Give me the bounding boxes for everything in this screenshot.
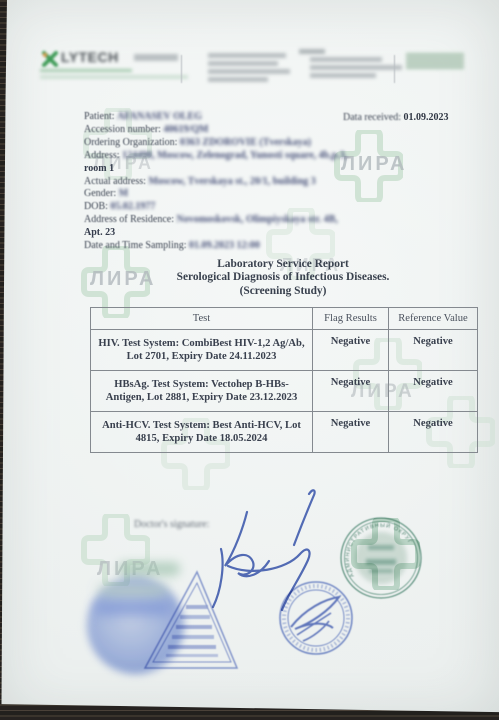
patient-info-block: Patient: AFANASEV OLEG Accession number:… [84, 111, 384, 253]
patient-value: 40619/QM [163, 124, 208, 135]
test-cell: HBsAg. Test System: Vectohep B-HBs-Antig… [91, 371, 313, 412]
table-row: Anti-HCV. Test System: Best Anti-HCV, Lo… [91, 412, 478, 453]
table-row: HBsAg. Test System: Vectohep B-HBs-Antig… [91, 371, 478, 412]
patient-value: Moscow, Tverskaya st., 20/1, building 3 [148, 176, 315, 187]
patient-label: Patient: [84, 111, 115, 122]
patient-label: Date and Time Sampling: [84, 240, 187, 251]
flag-cell: Negative [313, 371, 389, 412]
patient-line: Address of Residence: Novomoskovsk, Olim… [84, 214, 384, 227]
patient-value: 05.02.1977 [110, 201, 155, 212]
patient-value: 0363 ZDOROVIE (Tverskaya) [180, 137, 311, 148]
patient-value: Novomoskovsk, Olimpiyskaya str. 4B, [176, 214, 337, 225]
stamp-smudge [98, 585, 168, 597]
signature [190, 480, 350, 620]
lytech-logo-text: LYTECH [61, 49, 119, 65]
patient-line: Address: 124498, Moscow, Zelenograd, Yun… [84, 150, 384, 163]
patient-label: Gender: [84, 188, 116, 199]
test-cell: Anti-HCV. Test System: Best Anti-HCV, Lo… [91, 412, 313, 453]
logo-tagline-blurred [40, 75, 188, 79]
patient-line: Date and Time Sampling: 01.09.2023 12:00 [84, 240, 384, 253]
header-divider [394, 55, 395, 83]
patient-label: Ordering Organization: [84, 137, 177, 148]
patient-value: 124498, Moscow, Zelenograd, Yunosti squa… [122, 150, 347, 161]
header-green-block-blurred [406, 52, 464, 70]
reference-cell: Negative [389, 371, 478, 412]
report-title-line3: (Screening Study) [113, 285, 453, 298]
flag-cell: Negative [313, 330, 389, 371]
col-header-test: Test [91, 308, 313, 330]
patient-value: AFANASEV OLEG [117, 111, 202, 122]
table-row: HIV. Test System: CombiBest HIV-1,2 Ag/A… [91, 330, 478, 371]
reference-cell: Negative [389, 330, 478, 371]
patient-label: Apt. 23 [84, 227, 115, 238]
patient-value: 01.09.2023 12:00 [189, 240, 260, 251]
col-header-reference-value: Reference Value [389, 308, 478, 330]
header-text-blurred [208, 61, 278, 66]
patient-label: DOB: [84, 201, 108, 212]
report-title-block: Laboratory Service Report Serological Di… [113, 258, 453, 298]
header-text-blurred [208, 53, 286, 58]
header-text-blurred [299, 49, 325, 54]
results-table: Test Flag Results Reference Value HIV. T… [90, 307, 478, 453]
patient-line: Gender: M [84, 188, 384, 201]
green-smudge [118, 562, 180, 576]
header-text-blurred [208, 69, 290, 74]
flag-cell: Negative [313, 412, 389, 453]
patient-line: Accession number: 40619/QM [84, 124, 384, 137]
header-text-blurred [310, 65, 402, 70]
stamp-smudge [95, 601, 171, 615]
test-cell: HIV. Test System: CombiBest HIV-1,2 Ag/A… [91, 330, 313, 371]
header-text-blurred [208, 77, 268, 82]
photo-of-document: ЛИРА ЛИРА ЛИРА ЛИРА ЛИРА ЛИРА LYTECH [0, 0, 499, 720]
patient-value: M [119, 188, 128, 199]
table-header-row: Test Flag Results Reference Value [91, 308, 478, 330]
header-text-blurred [310, 57, 382, 62]
lytech-logo-icon [41, 50, 59, 68]
logo-underline [40, 69, 132, 72]
patient-label: Accession number: [84, 124, 161, 135]
patient-line: Actual address: Moscow, Tverskaya st., 2… [84, 176, 384, 189]
col-header-flag-results: Flag Results [313, 308, 389, 330]
patient-label: Actual address: [84, 176, 146, 187]
patient-label: room 1 [84, 163, 114, 174]
patient-line: Patient: AFANASEV OLEG [84, 111, 384, 124]
patient-line: room 1 [84, 163, 384, 176]
report-title-line1: Laboratory Service Report [113, 258, 453, 271]
patient-line: Ordering Organization: 0363 ZDOROVIE (Tv… [84, 137, 384, 150]
patient-label: Address: [84, 150, 120, 161]
data-received-value: 01.09.2023 [404, 112, 449, 123]
patient-line: DOB: 05.02.1977 [84, 201, 384, 214]
header-divider [181, 55, 182, 83]
patient-line: Apt. 23 [84, 227, 384, 240]
header-text-blurred [134, 54, 178, 61]
report-title-line2: Serological Diagnosis of Infectious Dise… [113, 271, 453, 284]
header-text-blurred [310, 73, 376, 78]
patient-label: Address of Residence: [84, 214, 174, 225]
reference-cell: Negative [389, 412, 478, 453]
report-paper: ЛИРА ЛИРА ЛИРА ЛИРА ЛИРА ЛИРА LYTECH [0, 0, 499, 720]
